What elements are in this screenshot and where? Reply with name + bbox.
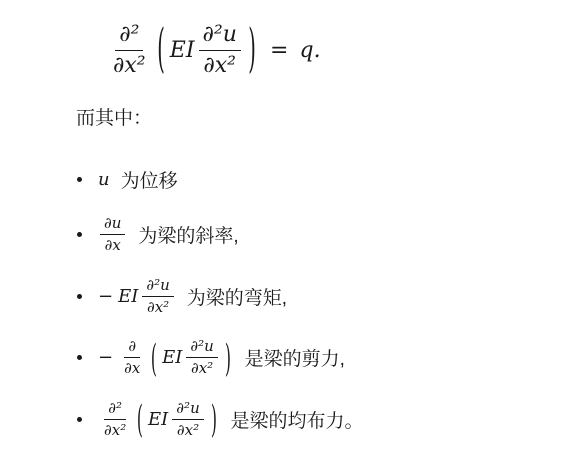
math-fraction: ∂²∂x² [109, 22, 150, 78]
list-item: ∂u∂x为梁的斜率, [77, 215, 584, 255]
fraction-denominator: ∂x² [143, 297, 173, 316]
item-text: 是梁的剪力, [245, 344, 345, 371]
document-page: { "page": { "background": "#ffffff", "te… [0, 0, 584, 459]
bullet-marker [77, 355, 82, 360]
math-symbol: − [98, 286, 113, 307]
math-paren: ( [137, 397, 143, 441]
math-fraction: ∂∂x [120, 338, 144, 378]
math-paren: ) [248, 20, 256, 80]
math-symbol: EI [170, 38, 195, 63]
math-expression: −EI∂²u∂x² [97, 277, 177, 317]
math-paren: ( [151, 336, 157, 380]
math-expression: u [97, 169, 111, 190]
item-text: 为梁的弯矩, [187, 283, 287, 310]
fraction-denominator: ∂x² [100, 420, 130, 439]
fraction-numerator: ∂²u [199, 22, 241, 50]
fraction-numerator: ∂² [104, 400, 126, 420]
math-fraction: ∂²u∂x² [199, 22, 241, 78]
fraction-numerator: ∂²u [172, 400, 203, 420]
math-symbol: q. [299, 38, 320, 63]
bullet-list: u为位移∂u∂x为梁的斜率,−EI∂²u∂x²为梁的弯矩,−∂∂x(EI∂²u∂… [77, 166, 584, 439]
bullet-marker [77, 232, 82, 237]
math-symbol: − [98, 347, 113, 368]
math-symbol: EI [162, 347, 182, 368]
math-fraction: ∂²u∂x² [142, 277, 173, 317]
math-fraction: ∂²u∂x² [172, 400, 203, 440]
fraction-denominator: ∂x² [173, 420, 203, 439]
fraction-denominator: ∂x [120, 358, 144, 377]
fraction-denominator: ∂x² [199, 51, 240, 78]
fraction-numerator: ∂²u [186, 338, 217, 358]
bullet-marker [77, 417, 82, 422]
fraction-denominator: ∂x² [109, 51, 150, 78]
fraction-numerator: ∂ [124, 338, 140, 358]
list-item: ∂²∂x²(EI∂²u∂x²)是梁的均布力。 [77, 400, 584, 440]
fraction-denominator: ∂x [101, 235, 125, 254]
bullet-marker [77, 177, 82, 182]
item-text: 是梁的均布力。 [231, 406, 364, 433]
math-expression: ∂u∂x [97, 215, 128, 255]
fraction-numerator: ∂² [115, 22, 143, 50]
math-expression: ∂²∂x²(EI∂²u∂x²) [97, 400, 221, 440]
list-item: −∂∂x(EI∂²u∂x²)是梁的剪力, [77, 338, 584, 378]
math-paren: ) [225, 336, 231, 380]
math-paren: ) [211, 397, 217, 441]
intro-text: 而其中： [76, 106, 584, 132]
math-symbol: EI [148, 409, 168, 430]
item-text: 为位移 [121, 166, 178, 193]
math-symbol: = [270, 38, 288, 63]
list-item: u为位移 [77, 166, 584, 193]
bullet-marker [77, 294, 82, 299]
display-equation: ∂²∂x²(EI∂²u∂x²)=q. [106, 14, 584, 86]
list-item: −EI∂²u∂x²为梁的弯矩, [77, 277, 584, 317]
math-expression: −∂∂x(EI∂²u∂x²) [97, 338, 235, 378]
math-fraction: ∂²∂x² [100, 400, 130, 440]
math-fraction: ∂²u∂x² [186, 338, 217, 378]
math-fraction: ∂u∂x [100, 215, 125, 255]
math-paren: ( [157, 20, 165, 80]
math-symbol: u [98, 169, 110, 190]
math-symbol: EI [118, 286, 138, 307]
fraction-numerator: ∂²u [142, 277, 173, 297]
fraction-numerator: ∂u [100, 215, 125, 235]
document-content: ∂²∂x²(EI∂²u∂x²)=q. 而其中： u为位移∂u∂x为梁的斜率,−E… [0, 14, 584, 439]
fraction-denominator: ∂x² [187, 358, 217, 377]
item-text: 为梁的斜率, [138, 221, 238, 248]
